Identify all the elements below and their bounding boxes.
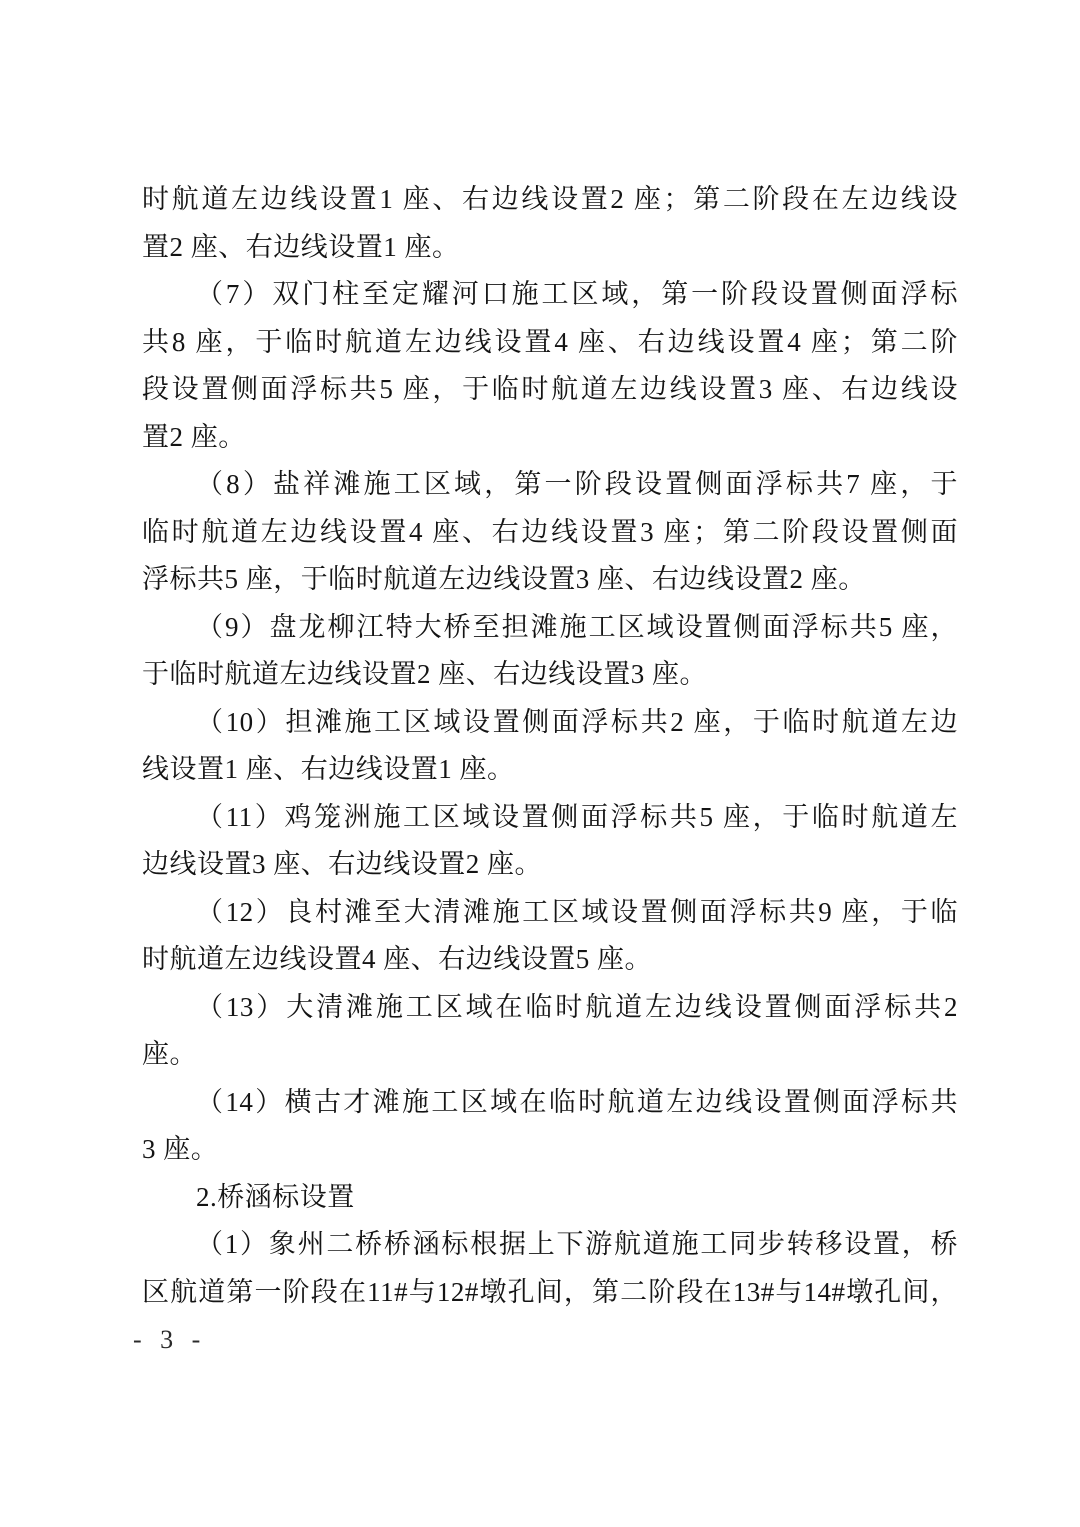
- text-line: 区航道第一阶段在11#与12#墩孔间，第二阶段在13#与14#墩孔间，: [142, 1269, 958, 1317]
- text-line: 座。: [142, 1031, 958, 1079]
- paragraph-item-8: （8）盐祥滩施工区域，第一阶段设置侧面浮标共7 座，于 临时航道左边线设置4 座…: [142, 461, 958, 604]
- paragraph-item-14: （14）横古才滩施工区域在临时航道左边线设置侧面浮标共 3 座。: [142, 1079, 958, 1174]
- text-line: 临时航道左边线设置4 座、右边线设置3 座；第二阶段设置侧面: [142, 509, 958, 557]
- section-heading-bridge-culvert-marks: 2.桥涵标设置: [142, 1174, 958, 1222]
- paragraph-item-11: （11）鸡笼洲施工区域设置侧面浮标共5 座，于临时航道左 边线设置3 座、右边线…: [142, 794, 958, 889]
- section-heading-text: 2.桥涵标设置: [142, 1174, 958, 1222]
- document-page: 时航道左边线设置1 座、右边线设置2 座；第二阶段在左边线设 置2 座、右边线设…: [0, 0, 1080, 1527]
- paragraph-item-12: （12）良村滩至大清滩施工区域设置侧面浮标共9 座，于临 时航道左边线设置4 座…: [142, 889, 958, 984]
- text-line: （13）大清滩施工区域在临时航道左边线设置侧面浮标共2: [142, 984, 958, 1032]
- text-line: 置2 座、右边线设置1 座。: [142, 224, 958, 272]
- paragraph-item-7: （7）双门柱至定耀河口施工区域，第一阶段设置侧面浮标 共8 座，于临时航道左边线…: [142, 271, 958, 461]
- text-line: （7）双门柱至定耀河口施工区域，第一阶段设置侧面浮标: [142, 271, 958, 319]
- text-line: （14）横古才滩施工区域在临时航道左边线设置侧面浮标共: [142, 1079, 958, 1127]
- text-line: （1）象州二桥桥涵标根据上下游航道施工同步转移设置，桥: [142, 1221, 958, 1269]
- text-line: 段设置侧面浮标共5 座，于临时航道左边线设置3 座、右边线设: [142, 366, 958, 414]
- text-line: 于临时航道左边线设置2 座、右边线设置3 座。: [142, 651, 958, 699]
- text-line: 时航道左边线设置1 座、右边线设置2 座；第二阶段在左边线设: [142, 176, 958, 224]
- paragraph-continuation: 时航道左边线设置1 座、右边线设置2 座；第二阶段在左边线设 置2 座、右边线设…: [142, 176, 958, 271]
- text-line: （8）盐祥滩施工区域，第一阶段设置侧面浮标共7 座，于: [142, 461, 958, 509]
- text-line: 3 座。: [142, 1126, 958, 1174]
- text-line: （10）担滩施工区域设置侧面浮标共2 座，于临时航道左边: [142, 699, 958, 747]
- text-line: （11）鸡笼洲施工区域设置侧面浮标共5 座，于临时航道左: [142, 794, 958, 842]
- paragraph-item-9: （9）盘龙柳江特大桥至担滩施工区域设置侧面浮标共5 座， 于临时航道左边线设置2…: [142, 604, 958, 699]
- text-line: 浮标共5 座，于临时航道左边线设置3 座、右边线设置2 座。: [142, 556, 958, 604]
- paragraph-item-2-1: （1）象州二桥桥涵标根据上下游航道施工同步转移设置，桥 区航道第一阶段在11#与…: [142, 1221, 958, 1316]
- text-line: 时航道左边线设置4 座、右边线设置5 座。: [142, 936, 958, 984]
- text-line: 置2 座。: [142, 414, 958, 462]
- paragraph-item-13: （13）大清滩施工区域在临时航道左边线设置侧面浮标共2 座。: [142, 984, 958, 1079]
- text-line: （9）盘龙柳江特大桥至担滩施工区域设置侧面浮标共5 座，: [142, 604, 958, 652]
- document-body-text: 时航道左边线设置1 座、右边线设置2 座；第二阶段在左边线设 置2 座、右边线设…: [142, 176, 958, 1316]
- page-number: - 3 -: [133, 1325, 206, 1355]
- text-line: （12）良村滩至大清滩施工区域设置侧面浮标共9 座，于临: [142, 889, 958, 937]
- text-line: 共8 座，于临时航道左边线设置4 座、右边线设置4 座；第二阶: [142, 319, 958, 367]
- paragraph-item-10: （10）担滩施工区域设置侧面浮标共2 座，于临时航道左边 线设置1 座、右边线设…: [142, 699, 958, 794]
- text-line: 线设置1 座、右边线设置1 座。: [142, 746, 958, 794]
- text-line: 边线设置3 座、右边线设置2 座。: [142, 841, 958, 889]
